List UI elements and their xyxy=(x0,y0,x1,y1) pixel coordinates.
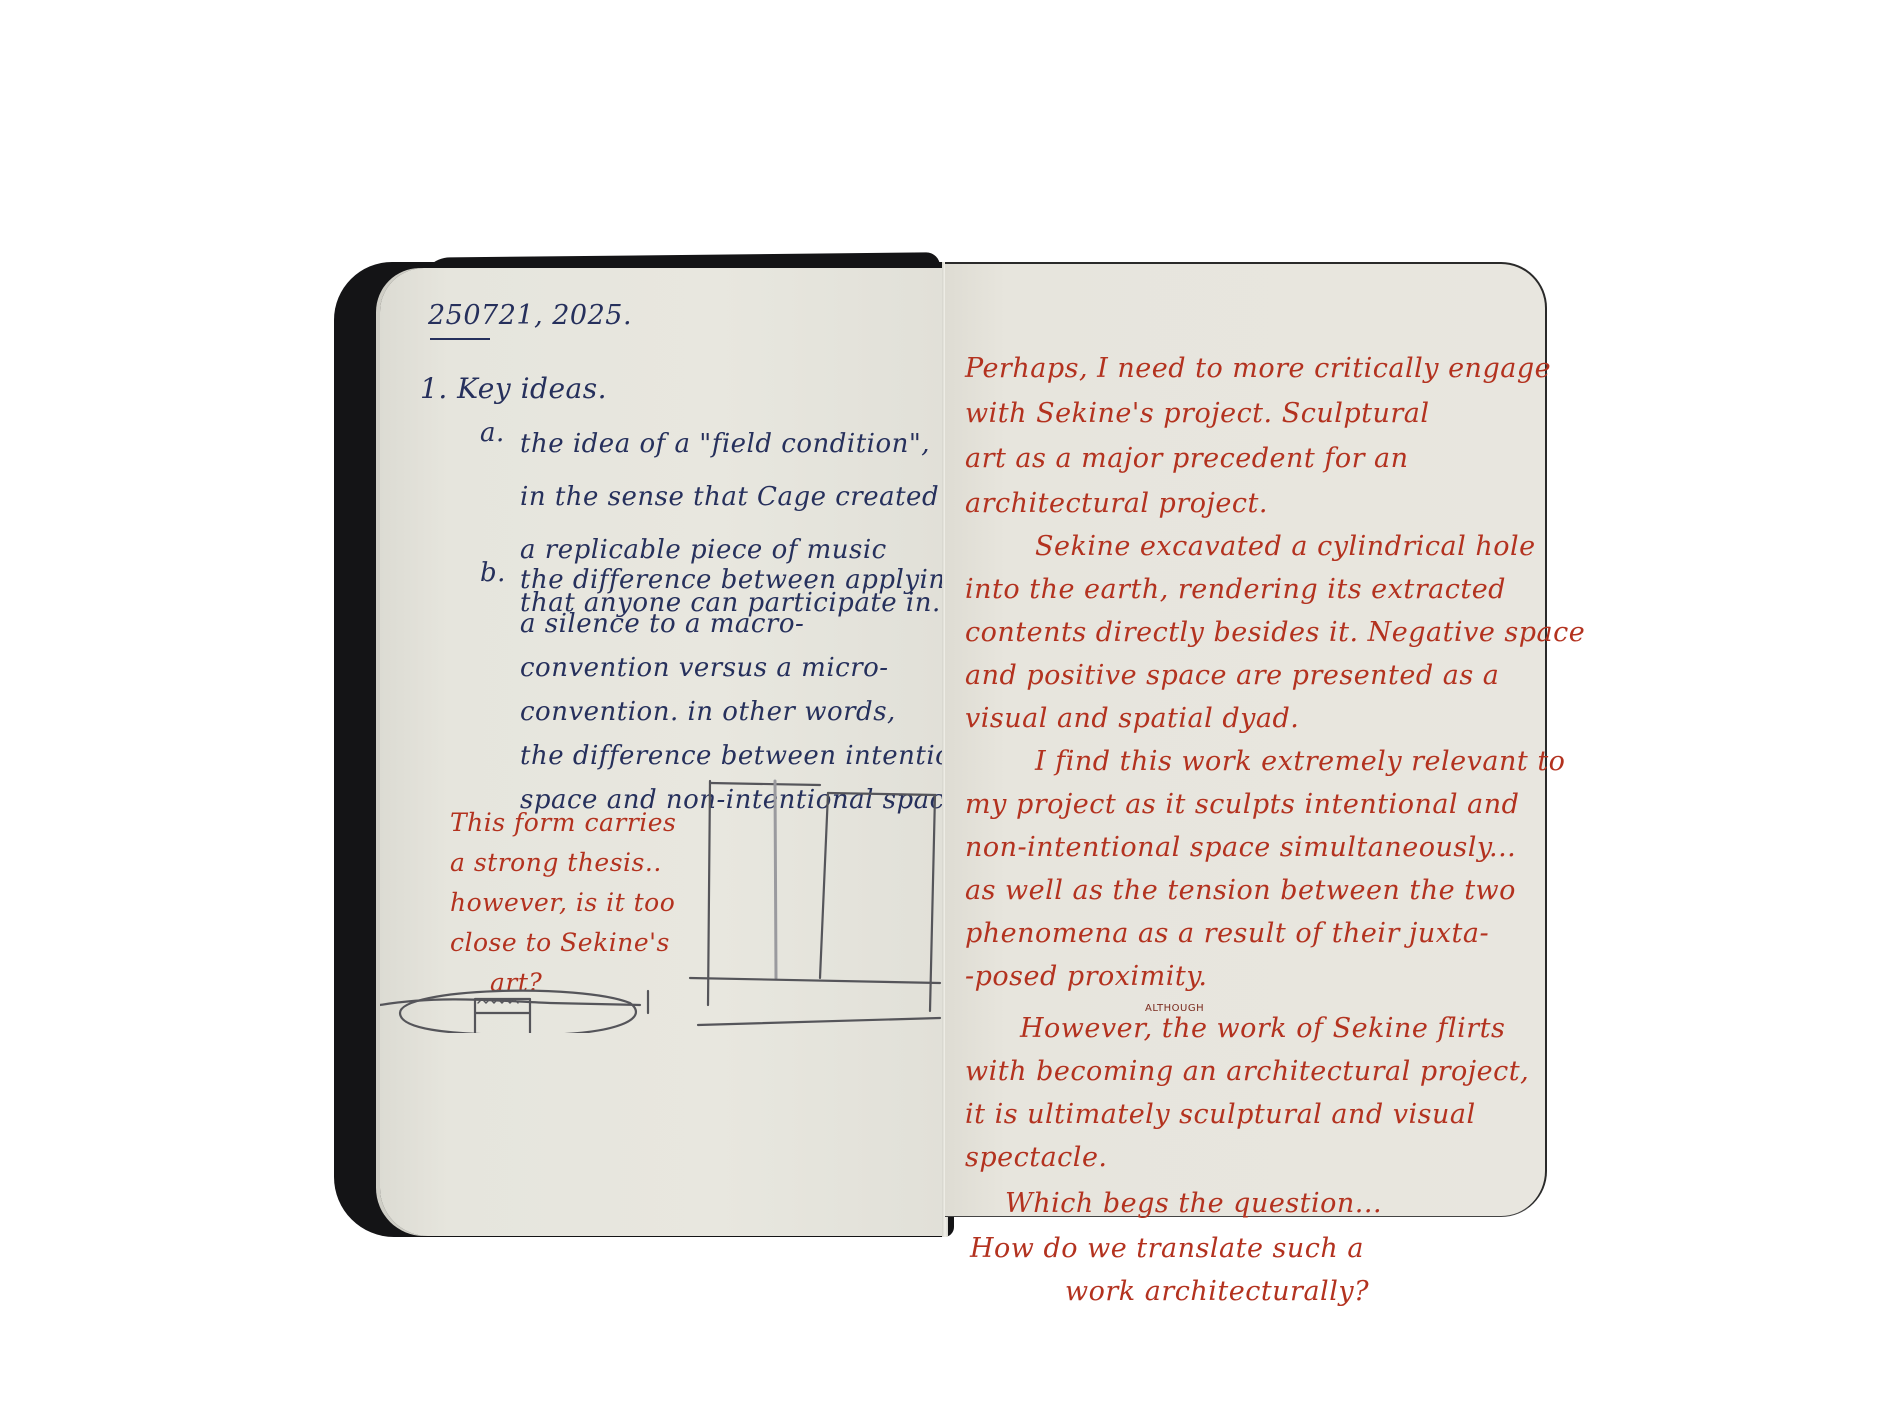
item-a-marker: a. xyxy=(480,418,505,448)
key-ideas-heading: 1. Key ideas. xyxy=(420,372,607,405)
paragraph-line: my project as it sculpts intentional and xyxy=(965,782,1519,827)
paragraph-line: with becoming an architectural project, xyxy=(965,1049,1529,1094)
paragraph-line: as well as the tension between the two xyxy=(965,868,1516,913)
paragraph-line: non-intentional space simultaneously... xyxy=(965,825,1516,870)
pencil-sketch xyxy=(380,773,945,1033)
paragraph-line: art as a major precedent for an xyxy=(965,436,1409,481)
item-a-line: in the sense that Cage created xyxy=(520,471,939,524)
entry-date: 250721, 2025. xyxy=(428,300,632,331)
item-b-line: the difference between intentional xyxy=(520,734,993,778)
right-page: Perhaps, I need to more critically engag… xyxy=(945,262,1547,1217)
paragraph-line: with Sekine's project. Sculptural xyxy=(965,391,1430,436)
paragraph-line: How do we translate such a xyxy=(970,1226,1364,1271)
paragraph-line: visual and spatial dyad. xyxy=(965,696,1299,741)
left-page: 250721, 2025. 1. Key ideas. a. the idea … xyxy=(380,268,945,1236)
paragraph-line: Perhaps, I need to more critically engag… xyxy=(965,346,1551,391)
item-a-line: the idea of a "field condition", xyxy=(520,418,930,471)
paragraph-line: contents directly besides it. Negative s… xyxy=(965,610,1585,655)
paragraph-line: Which begs the question... xyxy=(1005,1181,1382,1226)
paragraph-line: phenomena as a result of their juxta- xyxy=(965,911,1489,956)
item-b-line: the difference between applying xyxy=(520,558,963,602)
item-b-marker: b. xyxy=(480,558,506,588)
item-b-line: convention versus a micro- xyxy=(520,646,889,690)
paragraph-line: architectural project. xyxy=(965,481,1268,526)
item-b-line: a silence to a macro- xyxy=(520,602,804,646)
paragraph-line: However, the work of Sekine flirts xyxy=(1020,1006,1505,1051)
paragraph-line: and positive space are presented as a xyxy=(965,653,1499,698)
paragraph-line: it is ultimately sculptural and visual xyxy=(965,1092,1476,1137)
paragraph-line: I find this work extremely relevant to xyxy=(1035,739,1565,784)
notebook-photo: 250721, 2025. 1. Key ideas. a. the idea … xyxy=(0,0,1890,1417)
item-b-line: convention. in other words, xyxy=(520,690,896,734)
paragraph-line: into the earth, rendering its extracted xyxy=(965,567,1506,612)
paragraph-line: spectacle. xyxy=(965,1135,1108,1180)
paragraph-line: Sekine excavated a cylindrical hole xyxy=(1035,524,1536,569)
date-underline xyxy=(430,338,490,340)
paragraph-line: work architecturally? xyxy=(1065,1269,1369,1314)
